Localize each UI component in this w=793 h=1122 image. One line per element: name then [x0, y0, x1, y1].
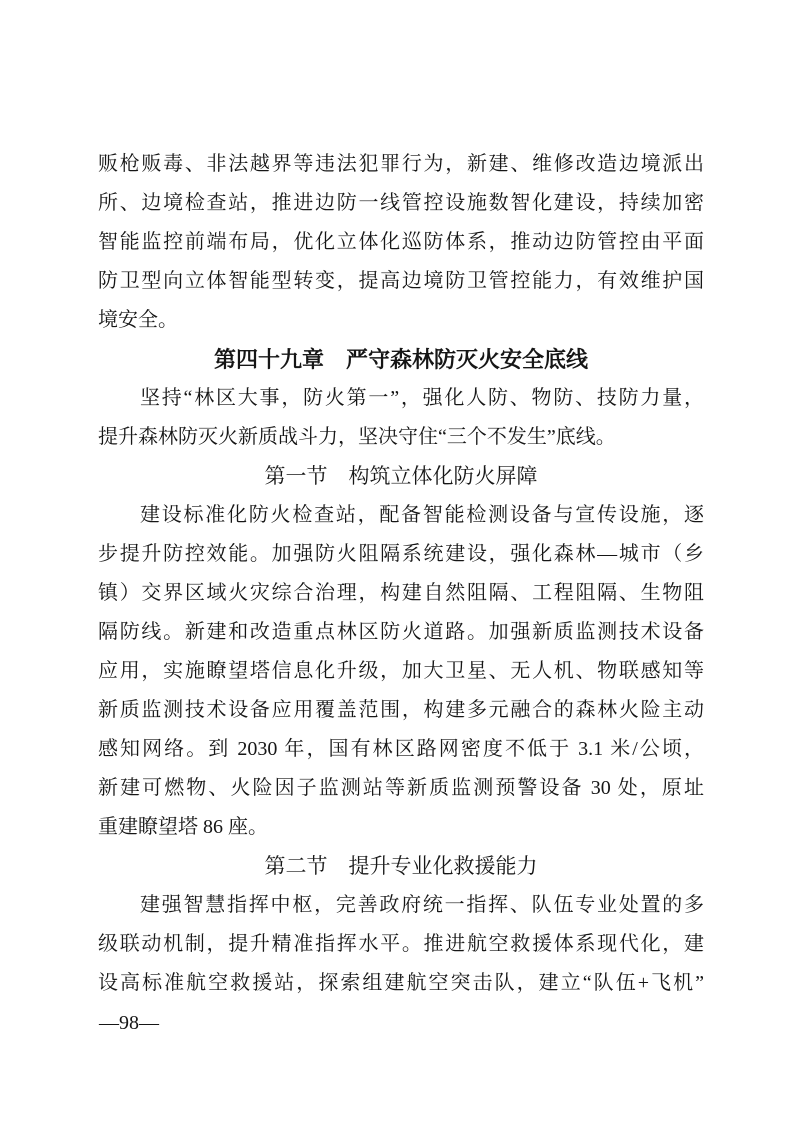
paragraph-section2-body: 建强智慧指挥中枢，完善政府统一指挥、队伍专业处置的多 级联动机制，提升精准指挥水…: [98, 886, 704, 1003]
text-line: 感知网络。到 2030 年，国有林区路网密度不低于 3.1 米/公顷，: [98, 730, 704, 769]
text-line: 建强智慧指挥中枢，完善政府统一指挥、队伍专业处置的多: [98, 886, 704, 925]
paragraph-border-security: 贩枪贩毒、非法越界等违法犯罪行为，新建、维修改造边境派出 所、边境检查站，推进边…: [98, 145, 704, 340]
text-line: 所、边境检查站，推进边防一线管控设施数智化建设，持续加密: [98, 184, 704, 223]
text-line: 隔防线。新建和改造重点林区防火道路。加强新质监测技术设备: [98, 613, 704, 652]
text-line: 应用，实施瞭望塔信息化升级，加大卫星、无人机、物联感知等: [98, 652, 704, 691]
chapter-heading: 第四十九章 严守森林防灭火安全底线: [98, 340, 704, 379]
text-line: 防卫型向立体智能型转变，提高边境防卫管控能力，有效维护国: [98, 262, 704, 301]
section-heading-1: 第一节 构筑立体化防火屏障: [98, 457, 704, 496]
text-line: 智能监控前端布局，优化立体化巡防体系，推动边防管控由平面: [98, 223, 704, 262]
text-line: 级联动机制，提升精准指挥水平。推进航空救援体系现代化，建: [98, 925, 704, 964]
paragraph-section1-body: 建设标准化防火检查站，配备智能检测设备与宣传设施，逐 步提升防控效能。加强防火阻…: [98, 496, 704, 847]
text-line: 境安全。: [98, 301, 704, 340]
document-page: 贩枪贩毒、非法越界等违法犯罪行为，新建、维修改造边境派出 所、边境检查站，推进边…: [0, 0, 793, 1122]
paragraph-chapter-intro: 坚持“林区大事，防火第一”，强化人防、物防、技防力量， 提升森林防灭火新质战斗力…: [98, 379, 704, 457]
body-text: 贩枪贩毒、非法越界等违法犯罪行为，新建、维修改造边境派出 所、边境检查站，推进边…: [98, 145, 704, 1003]
text-line: 新建可燃物、火险因子监测站等新质监测预警设备 30 处，原址: [98, 769, 704, 808]
text-line: 步提升防控效能。加强防火阻隔系统建设，强化森林—城市（乡: [98, 535, 704, 574]
text-line: 贩枪贩毒、非法越界等违法犯罪行为，新建、维修改造边境派出: [98, 145, 704, 184]
text-line: 镇）交界区域火灾综合治理，构建自然阻隔、工程阻隔、生物阻: [98, 574, 704, 613]
text-line: 建设标准化防火检查站，配备智能检测设备与宣传设施，逐: [98, 496, 704, 535]
text-line: 新质监测技术设备应用覆盖范围，构建多元融合的森林火险主动: [98, 691, 704, 730]
text-line: 重建瞭望塔 86 座。: [98, 808, 704, 847]
text-line: 设高标准航空救援站，探索组建航空突击队，建立“队伍+飞机”: [98, 964, 704, 1003]
text-line: 提升森林防灭火新质战斗力，坚决守住“三个不发生”底线。: [98, 418, 704, 457]
text-line: 坚持“林区大事，防火第一”，强化人防、物防、技防力量，: [98, 379, 704, 418]
page-number: —98—: [99, 1008, 159, 1038]
section-heading-2: 第二节 提升专业化救援能力: [98, 847, 704, 886]
